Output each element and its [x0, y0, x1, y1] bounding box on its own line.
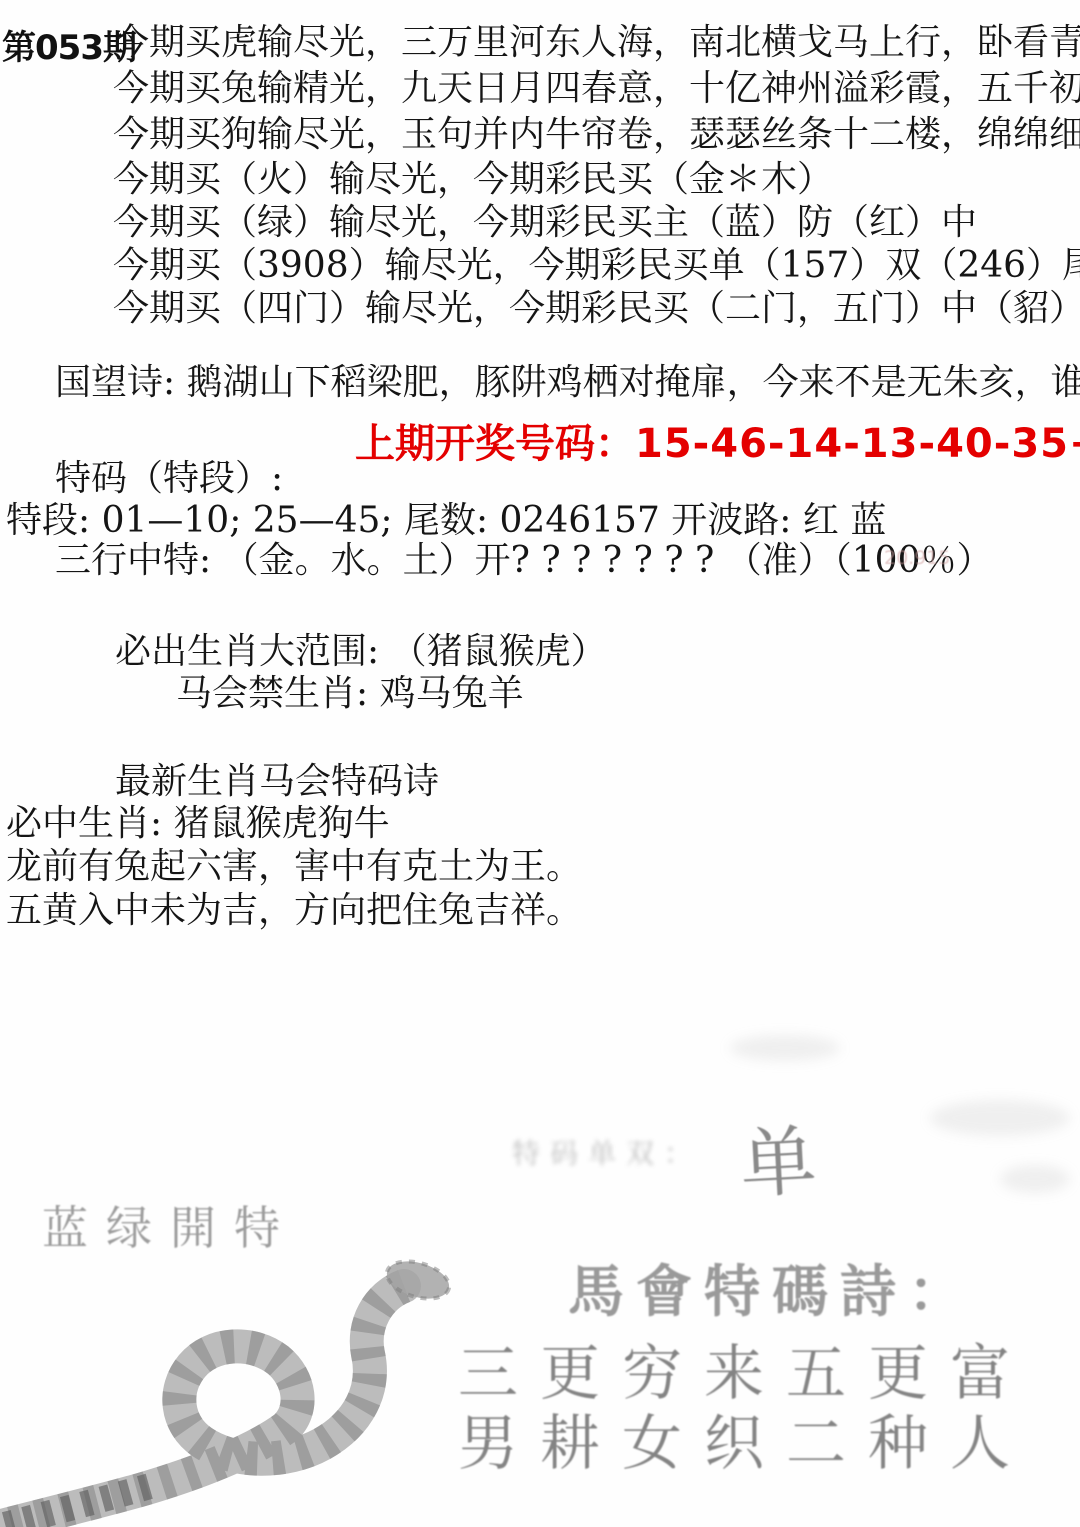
mahui-poem-verse: 男耕女织二种人 — [458, 1396, 1032, 1482]
tip-line: 今期买兔输精光，九天日月四春意，十亿神州溢彩霞，五千初岳上摩天。 — [113, 60, 1080, 111]
tema-sanhang-line: 三行中特: （金。水。土）开? ? ? ? ? ? ? （准）（100％） — [55, 532, 993, 583]
snake-stamp-image — [0, 1238, 460, 1527]
zodiac-forbidden-line: 马会禁生肖: 鸡马兔羊 — [176, 665, 524, 716]
scan-smudge — [1000, 1165, 1070, 1193]
scan-smudge — [930, 1100, 1070, 1136]
tip-line: 今期买（四门）输尽光，今期彩民买（二门，五门）中（貂） — [113, 280, 1080, 331]
scan-smudge — [730, 1035, 840, 1061]
mahui-poem-title: 馬會特碼詩： — [568, 1248, 976, 1328]
tip-line: 今期买狗输尽光，玉句并内牛帘卷，瑟瑟丝条十二楼，绵绵细雨在来春。 — [113, 106, 1080, 157]
watermark-text: 20.915 — [884, 547, 950, 569]
zodiac-poem-line: 五黄入中未为吉，方向把住兔吉祥。 — [6, 882, 582, 933]
previous-draw-line: 上期开奖号码：15-46-14-13-40-35+38 — [355, 412, 1080, 469]
tip-sheet-page: 第053期 今期买虎输尽光，三万里河东人海，南北横戈马上行，卧看青云载雨过。 今… — [0, 0, 1080, 1527]
tip-line: 今期买虎输尽光，三万里河东人海，南北横戈马上行，卧看青云载雨过。 — [113, 14, 1080, 65]
guowang-poem-line: 国望诗: 鹅湖山下稻梁肥，豚阱鸡栖对掩扉，今来不是无朱亥，谁降轩车问抱关。 — [55, 354, 1080, 405]
previous-draw-label: 上期开奖号码： — [355, 421, 635, 467]
previous-draw-numbers: 15-46-14-13-40-35+38 — [635, 421, 1080, 467]
snake-body — [0, 1286, 404, 1527]
faint-odd-even-label: 特码单双： — [512, 1132, 702, 1172]
handwritten-dan-character: 单 — [737, 1100, 819, 1213]
